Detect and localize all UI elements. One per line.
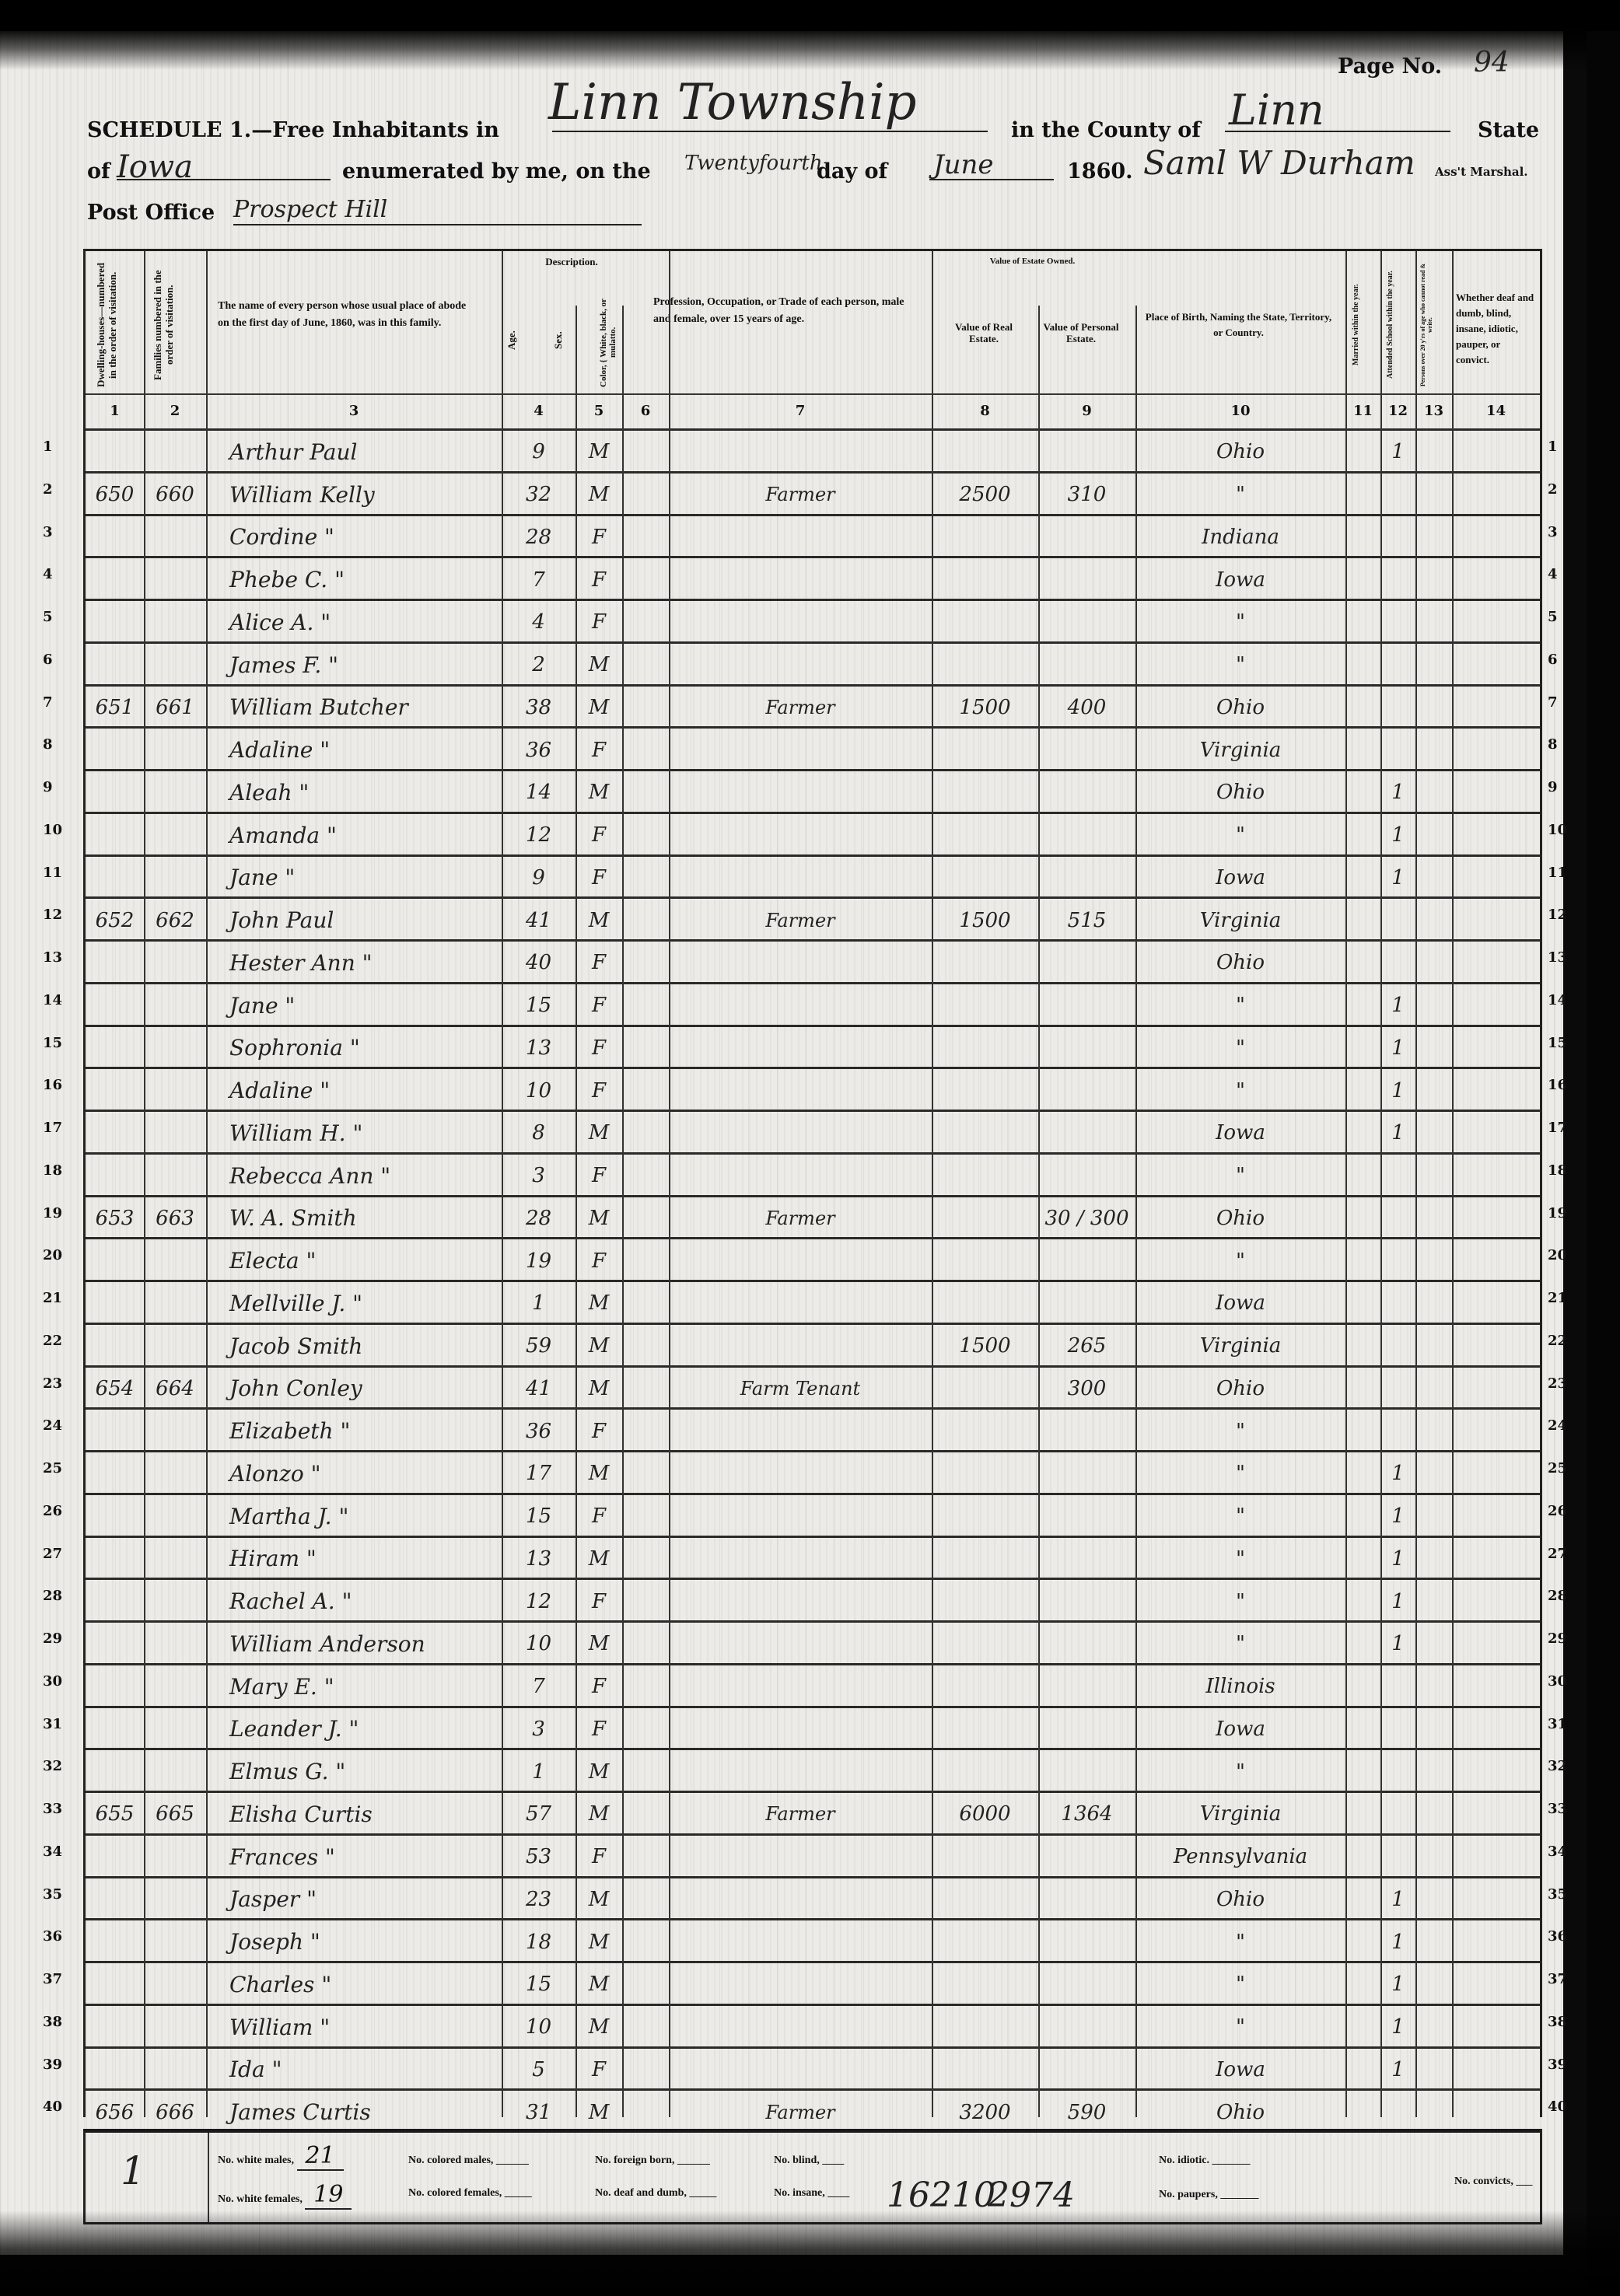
cell-occupation: [669, 814, 932, 857]
cell-family: [144, 814, 206, 857]
cell-color: [622, 857, 669, 900]
cell-personal: [1038, 1112, 1135, 1155]
cell-sex: F: [576, 1495, 622, 1538]
cell-family: [144, 1750, 206, 1793]
cell-school: 1: [1380, 1963, 1415, 2006]
table-row: 653663W. A. Smith28MFarmer30 / 300Ohio: [86, 1195, 1540, 1240]
cell-occupation: [669, 1623, 932, 1665]
column-number: 4: [502, 403, 576, 419]
township-value: Linn Township: [548, 74, 917, 131]
white-males-label: No. white males,: [218, 2154, 294, 2166]
cell-color: [622, 814, 669, 857]
cell-color: [622, 1112, 669, 1155]
cell-birth: Ohio: [1135, 1368, 1345, 1410]
line-number-right: 14: [1548, 992, 1567, 1008]
cell-color: [622, 1027, 669, 1070]
post-office-underline: [233, 224, 642, 225]
line-number-right: 38: [1548, 2014, 1567, 2030]
cell-color: [622, 1239, 669, 1282]
cell-real: [932, 771, 1038, 814]
cell-name: Adaline ": [229, 1069, 502, 1112]
line-number-right: 12: [1548, 907, 1567, 923]
cell-name: Hester Ann ": [229, 942, 502, 984]
cell-name: Ida ": [229, 2049, 502, 2092]
cell-family: [144, 1920, 206, 1963]
cell-age: 1: [502, 1282, 576, 1325]
cell-birth: Virginia: [1135, 899, 1345, 942]
cell-sex: F: [576, 601, 622, 644]
col12-header: Attended School within the year.: [1386, 259, 1415, 391]
cell-school: 1: [1380, 1623, 1415, 1665]
cell-family: 666: [144, 2091, 206, 2133]
cell-family: [144, 1495, 206, 1538]
cell-real: [932, 1155, 1038, 1197]
cell-married: [1345, 1878, 1380, 1921]
cell-occupation: [669, 431, 932, 474]
cell-school: 1: [1380, 2006, 1415, 2049]
cell-married: [1345, 1325, 1380, 1368]
line-number-left: 40: [43, 2099, 62, 2115]
cell-color: [622, 1325, 669, 1368]
line-number-right: 33: [1548, 1801, 1567, 1817]
cell-color: [622, 516, 669, 559]
column-number: 14: [1452, 403, 1540, 419]
line-number-left: 7: [43, 694, 53, 711]
cell-color: [622, 1452, 669, 1495]
cell-personal: [1038, 771, 1135, 814]
cell-color: [622, 1580, 669, 1623]
cell-real: [932, 1282, 1038, 1325]
col3-header: The name of every person whose usual pla…: [218, 298, 474, 332]
table-row: Rachel A. "12F"1: [86, 1578, 1540, 1623]
total-real-estate: 16210: [887, 2175, 995, 2215]
table-row: Jasper "23MOhio1: [86, 1876, 1540, 1921]
cell-occupation: Farmer: [669, 1197, 932, 1240]
column-number: 6: [622, 403, 669, 419]
cell-color: [622, 1708, 669, 1751]
cell-real: 1500: [932, 899, 1038, 942]
cell-age: 36: [502, 1410, 576, 1452]
cell-dwelling: 650: [86, 474, 144, 516]
column-number: 2: [144, 403, 206, 419]
cell-personal: [1038, 1708, 1135, 1751]
cell-birth: ": [1135, 1069, 1345, 1112]
cell-real: [932, 601, 1038, 644]
cell-age: 40: [502, 942, 576, 984]
cell-sex: F: [576, 729, 622, 771]
line-number-left: 13: [43, 949, 62, 966]
cell-birth: ": [1135, 644, 1345, 687]
cell-birth: ": [1135, 984, 1345, 1027]
month-underline: [929, 179, 1054, 180]
col13-header: Persons over 20 y'rs of age who cannot r…: [1419, 259, 1449, 391]
cell-dwelling: [86, 558, 144, 601]
month-value: June: [933, 149, 994, 180]
insane-field: No. insane, ____: [774, 2187, 849, 2200]
cell-age: 57: [502, 1793, 576, 1836]
line-number-left: 39: [43, 2057, 62, 2073]
cell-age: 41: [502, 899, 576, 942]
county-underline: [1225, 131, 1450, 132]
cell-color: [622, 729, 669, 771]
cell-family: 664: [144, 1368, 206, 1410]
line-number-left: 18: [43, 1162, 62, 1179]
table-row: Hester Ann "40FOhio: [86, 939, 1540, 984]
cell-married: [1345, 2049, 1380, 2092]
table-row: Leander J. "3FIowa: [86, 1706, 1540, 1751]
cell-birth: Pennsylvania: [1135, 1836, 1345, 1878]
cell-birth: ": [1135, 1027, 1345, 1070]
line-number-right: 1: [1548, 439, 1558, 455]
cell-age: 38: [502, 687, 576, 729]
cell-birth: Ohio: [1135, 431, 1345, 474]
cell-birth: Illinois: [1135, 1665, 1345, 1708]
cell-name: James F. ": [229, 644, 502, 687]
total-personal-estate: 2974: [988, 2175, 1075, 2215]
cell-dwelling: 654: [86, 1368, 144, 1410]
grid-column-line: [206, 251, 208, 2117]
cell-sex: F: [576, 1410, 622, 1452]
grid-column-line: [502, 251, 503, 2117]
table-row: Elizabeth "36F": [86, 1407, 1540, 1452]
cell-real: [932, 1410, 1038, 1452]
cell-occupation: [669, 1708, 932, 1751]
cell-occupation: [669, 1112, 932, 1155]
cell-dwelling: [86, 1495, 144, 1538]
cell-name: Jane ": [229, 857, 502, 900]
cell-occupation: [669, 1665, 932, 1708]
cell-school: [1380, 1708, 1415, 1751]
cell-birth: ": [1135, 2006, 1345, 2049]
cell-sex: M: [576, 1325, 622, 1368]
cell-family: [144, 601, 206, 644]
cell-real: 1500: [932, 1325, 1038, 1368]
scan-shadow-bottom: [0, 2210, 1620, 2296]
cell-personal: 30 / 300: [1038, 1197, 1135, 1240]
cell-dwelling: 651: [86, 687, 144, 729]
cell-family: [144, 644, 206, 687]
cell-real: [932, 1197, 1038, 1240]
cell-name: Jacob Smith: [229, 1325, 502, 1368]
line-number-left: 31: [43, 1716, 62, 1732]
cell-birth: ": [1135, 1452, 1345, 1495]
cell-occupation: [669, 1325, 932, 1368]
line-number-right: 13: [1548, 949, 1567, 966]
cell-sex: F: [576, 857, 622, 900]
cell-family: [144, 1027, 206, 1070]
cell-family: [144, 1112, 206, 1155]
table-row: Arthur Paul9MOhio1: [86, 428, 1540, 474]
cell-sex: F: [576, 1069, 622, 1112]
grid-column-line: [622, 306, 624, 2117]
cell-color: [622, 1155, 669, 1197]
line-number-left: 27: [43, 1546, 62, 1562]
cell-school: [1380, 1368, 1415, 1410]
idiotic-label: No. idiotic.: [1159, 2154, 1209, 2166]
colored-females-field: No. colored females, _____: [408, 2187, 532, 2200]
cell-sex: F: [576, 942, 622, 984]
table-row: Adaline "10F"1: [86, 1067, 1540, 1112]
line-number-right: 40: [1548, 2099, 1567, 2115]
cell-sex: M: [576, 1112, 622, 1155]
white-females-value: 19: [305, 2181, 352, 2210]
cell-sex: F: [576, 1155, 622, 1197]
cell-married: [1345, 1239, 1380, 1282]
cell-personal: [1038, 1878, 1135, 1921]
cell-birth: Virginia: [1135, 729, 1345, 771]
cell-real: [932, 814, 1038, 857]
cell-birth: ": [1135, 1239, 1345, 1282]
convicts-label: No. convicts,: [1454, 2175, 1513, 2187]
cell-age: 7: [502, 558, 576, 601]
cell-real: [932, 1623, 1038, 1665]
cell-dwelling: [86, 1410, 144, 1452]
white-females-field: No. white females, 19: [218, 2181, 352, 2210]
cell-school: [1380, 644, 1415, 687]
cell-occupation: [669, 2006, 932, 2049]
cell-birth: Ohio: [1135, 1197, 1345, 1240]
cell-name: Alonzo ": [229, 1452, 502, 1495]
enumerated-label: enumerated by me, on the: [342, 159, 651, 183]
cell-personal: [1038, 2006, 1135, 2049]
cell-birth: ": [1135, 1963, 1345, 2006]
cell-real: [932, 1069, 1038, 1112]
cell-personal: 515: [1038, 899, 1135, 942]
cell-birth: Iowa: [1135, 1282, 1345, 1325]
cell-name: Hiram ": [229, 1538, 502, 1581]
line-number-left: 32: [43, 1758, 62, 1774]
cell-married: [1345, 558, 1380, 601]
cell-school: 1: [1380, 1580, 1415, 1623]
cell-school: [1380, 1155, 1415, 1197]
grid-column-line: [1415, 251, 1417, 2117]
column-number: 7: [669, 403, 932, 419]
cell-birth: ": [1135, 1538, 1345, 1581]
cell-age: 2: [502, 644, 576, 687]
cell-dwelling: [86, 1452, 144, 1495]
cell-occupation: [669, 1580, 932, 1623]
insane-label: No. insane,: [774, 2187, 825, 2199]
table-row: Joseph "18M"1: [86, 1918, 1540, 1963]
column-number: 12: [1380, 403, 1415, 419]
cell-married: [1345, 1197, 1380, 1240]
col1-header: Dwelling-houses—numbered in the order of…: [95, 259, 142, 391]
line-number-left: 35: [43, 1886, 62, 1903]
cell-school: 1: [1380, 1878, 1415, 1921]
deaf-dumb-field: No. deaf and dumb, _____: [595, 2187, 716, 2200]
cell-name: Joseph ": [229, 1920, 502, 1963]
cell-age: 10: [502, 1069, 576, 1112]
cell-name: Jane ": [229, 984, 502, 1027]
line-number-left: 12: [43, 907, 62, 923]
cell-family: [144, 1239, 206, 1282]
cell-age: 19: [502, 1239, 576, 1282]
cell-age: 23: [502, 1878, 576, 1921]
township-underline: [552, 131, 988, 132]
table-row: Aleah "14MOhio1: [86, 769, 1540, 814]
line-number-right: 22: [1548, 1333, 1567, 1349]
line-number-right: 35: [1548, 1886, 1567, 1903]
cell-birth: Iowa: [1135, 1112, 1345, 1155]
cell-personal: [1038, 644, 1135, 687]
cell-family: [144, 1282, 206, 1325]
cell-age: 28: [502, 516, 576, 559]
cell-birth: ": [1135, 1623, 1345, 1665]
cell-color: [622, 687, 669, 729]
cell-sex: F: [576, 1836, 622, 1878]
cell-name: Electa ": [229, 1239, 502, 1282]
cell-real: [932, 1580, 1038, 1623]
cell-married: [1345, 814, 1380, 857]
cell-real: [932, 1665, 1038, 1708]
cell-school: 1: [1380, 1920, 1415, 1963]
cell-age: 4: [502, 601, 576, 644]
cell-sex: F: [576, 1239, 622, 1282]
cell-married: [1345, 942, 1380, 984]
cell-occupation: Farmer: [669, 899, 932, 942]
column-number-band: 1234567891011121314: [86, 393, 1540, 430]
cell-real: [932, 857, 1038, 900]
cell-color: [622, 1836, 669, 1878]
cell-name: Elmus G. ": [229, 1750, 502, 1793]
cell-sex: M: [576, 431, 622, 474]
line-number-left: 1: [43, 439, 53, 455]
cell-personal: [1038, 1239, 1135, 1282]
cell-dwelling: [86, 2006, 144, 2049]
cell-personal: [1038, 558, 1135, 601]
cell-name: William ": [229, 2006, 502, 2049]
line-number-right: 16: [1548, 1077, 1567, 1093]
colored-males-field: No. colored males, ______: [408, 2154, 529, 2167]
line-number-right: 36: [1548, 1928, 1567, 1945]
line-number-right: 20: [1548, 1247, 1567, 1263]
cell-personal: [1038, 1836, 1135, 1878]
cell-personal: [1038, 1155, 1135, 1197]
cell-personal: [1038, 1027, 1135, 1070]
line-number-right: 31: [1548, 1716, 1567, 1732]
cell-school: 1: [1380, 1495, 1415, 1538]
cell-color: [622, 2091, 669, 2133]
cell-dwelling: [86, 1027, 144, 1070]
cell-sex: F: [576, 1027, 622, 1070]
colored-females-label: No. colored females,: [408, 2187, 502, 2199]
cell-occupation: [669, 516, 932, 559]
col9-header: Value of Personal Estate.: [1038, 321, 1124, 344]
cell-name: Arthur Paul: [229, 431, 502, 474]
marshal-name: Saml W Durham: [1143, 144, 1415, 182]
line-number-right: 29: [1548, 1630, 1567, 1647]
cell-birth: Virginia: [1135, 1325, 1345, 1368]
table-row: Frances "53FPennsylvania: [86, 1833, 1540, 1878]
cell-married: [1345, 899, 1380, 942]
cell-age: 8: [502, 1112, 576, 1155]
line-number-right: 26: [1548, 1503, 1567, 1519]
cell-sex: M: [576, 1452, 622, 1495]
table-row: 652662John Paul41MFarmer1500515Virginia: [86, 896, 1540, 942]
cell-dwelling: [86, 644, 144, 687]
cell-family: [144, 1325, 206, 1368]
cell-name: Frances ": [229, 1836, 502, 1878]
cell-sex: M: [576, 474, 622, 516]
line-number-right: 37: [1548, 1971, 1567, 1987]
cell-real: [932, 1963, 1038, 2006]
cell-real: [932, 1239, 1038, 1282]
table-row: Electa "19F": [86, 1237, 1540, 1282]
cell-personal: [1038, 1920, 1135, 1963]
cell-school: [1380, 942, 1415, 984]
cell-occupation: Farmer: [669, 2091, 932, 2133]
cell-real: [932, 1495, 1038, 1538]
cell-birth: Ohio: [1135, 2091, 1345, 2133]
cell-school: [1380, 729, 1415, 771]
cell-name: Charles ": [229, 1963, 502, 2006]
cell-sex: F: [576, 984, 622, 1027]
cell-occupation: [669, 729, 932, 771]
cell-married: [1345, 687, 1380, 729]
state-label: State: [1478, 118, 1539, 142]
cell-birth: Ohio: [1135, 1878, 1345, 1921]
cell-family: [144, 942, 206, 984]
cell-married: [1345, 1452, 1380, 1495]
col10-header: Place of Birth, Naming the State, Territ…: [1143, 309, 1334, 341]
cell-real: [932, 1836, 1038, 1878]
cell-school: 1: [1380, 1452, 1415, 1495]
line-number-right: 19: [1548, 1205, 1567, 1221]
cell-school: [1380, 1793, 1415, 1836]
cell-age: 17: [502, 1452, 576, 1495]
blind-label: No. blind,: [774, 2154, 820, 2166]
cell-school: [1380, 1282, 1415, 1325]
table-row: Martha J. "15F"1: [86, 1493, 1540, 1538]
cell-occupation: Farmer: [669, 474, 932, 516]
line-number-left: 37: [43, 1971, 62, 1987]
cell-color: [622, 1793, 669, 1836]
cell-occupation: [669, 984, 932, 1027]
cell-dwelling: [86, 1580, 144, 1623]
table-row: Ida "5FIowa1: [86, 2046, 1540, 2092]
cell-color: [622, 1623, 669, 1665]
cell-family: [144, 1708, 206, 1751]
col8-header: Value of Real Estate.: [941, 321, 1027, 344]
cell-birth: Virginia: [1135, 1793, 1345, 1836]
year-value: 1860.: [1067, 159, 1133, 183]
marshal-label: Ass't Marshal.: [1435, 165, 1528, 179]
cell-occupation: [669, 1452, 932, 1495]
cell-color: [622, 1665, 669, 1708]
cell-sex: M: [576, 1963, 622, 2006]
cell-occupation: [669, 1069, 932, 1112]
cell-age: 15: [502, 1963, 576, 2006]
cell-school: [1380, 516, 1415, 559]
cell-dwelling: [86, 814, 144, 857]
cell-married: [1345, 644, 1380, 687]
cell-name: Mary E. ": [229, 1665, 502, 1708]
line-number-right: 11: [1548, 865, 1567, 881]
line-number-left: 33: [43, 1801, 62, 1817]
footer-divider: [208, 2133, 209, 2222]
cell-real: 3200: [932, 2091, 1038, 2133]
table-row: Amanda "12F"1: [86, 812, 1540, 857]
cell-family: [144, 1623, 206, 1665]
cell-age: 9: [502, 431, 576, 474]
description-header: Description.: [502, 256, 642, 267]
line-number-left: 28: [43, 1588, 62, 1604]
cell-birth: ": [1135, 1495, 1345, 1538]
cell-family: [144, 1580, 206, 1623]
of-label: of: [87, 159, 110, 183]
cell-occupation: [669, 1538, 932, 1581]
cell-personal: [1038, 729, 1135, 771]
